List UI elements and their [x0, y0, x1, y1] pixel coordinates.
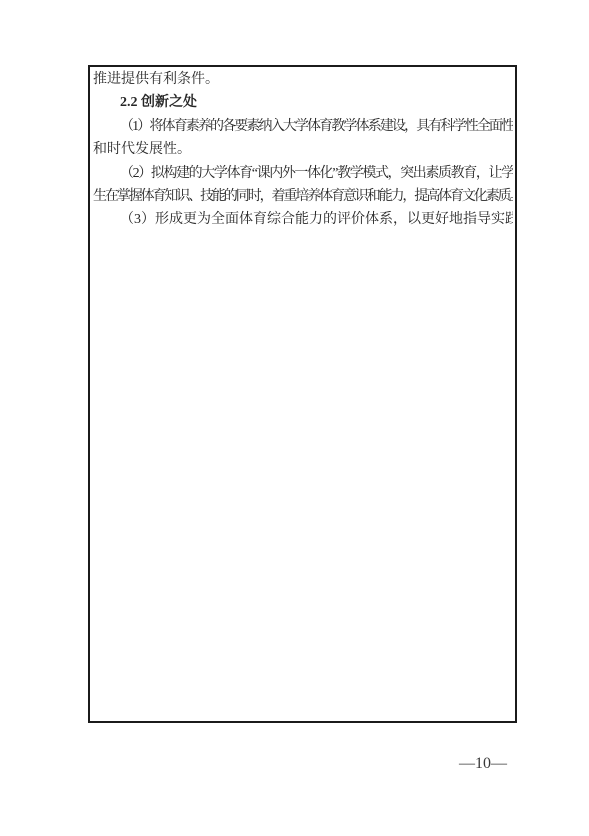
paragraph-3-line-1: （3）形成更为全面体育综合能力的评价体系，以更好地指导实践。	[93, 208, 513, 231]
page-number: —10—	[459, 755, 507, 773]
paragraph-2-line-2: 生在掌握体育知识、技能的同时，着重培养体育意识和能力，提高体育文化素质。	[93, 185, 513, 208]
paragraph-continuation-line: 推进提供有利条件。	[93, 68, 513, 91]
paragraph-1-line-2: 和时代发展性。	[93, 138, 513, 161]
section-heading: 2.2 创新之处	[93, 91, 513, 114]
content-border-box: 推进提供有利条件。 2.2 创新之处 （1）将体育素养的各要素纳入大学体育教学体…	[88, 65, 517, 723]
document-page: 推进提供有利条件。 2.2 创新之处 （1）将体育素养的各要素纳入大学体育教学体…	[0, 0, 589, 836]
paragraph-1-line-1: （1）将体育素养的各要素纳入大学体育教学体系建设，具有科学性全面性	[93, 115, 513, 138]
paragraph-2-line-1: （2）拟构建的大学体育“课内外一体化”教学模式，突出素质教育，让学	[93, 162, 513, 185]
